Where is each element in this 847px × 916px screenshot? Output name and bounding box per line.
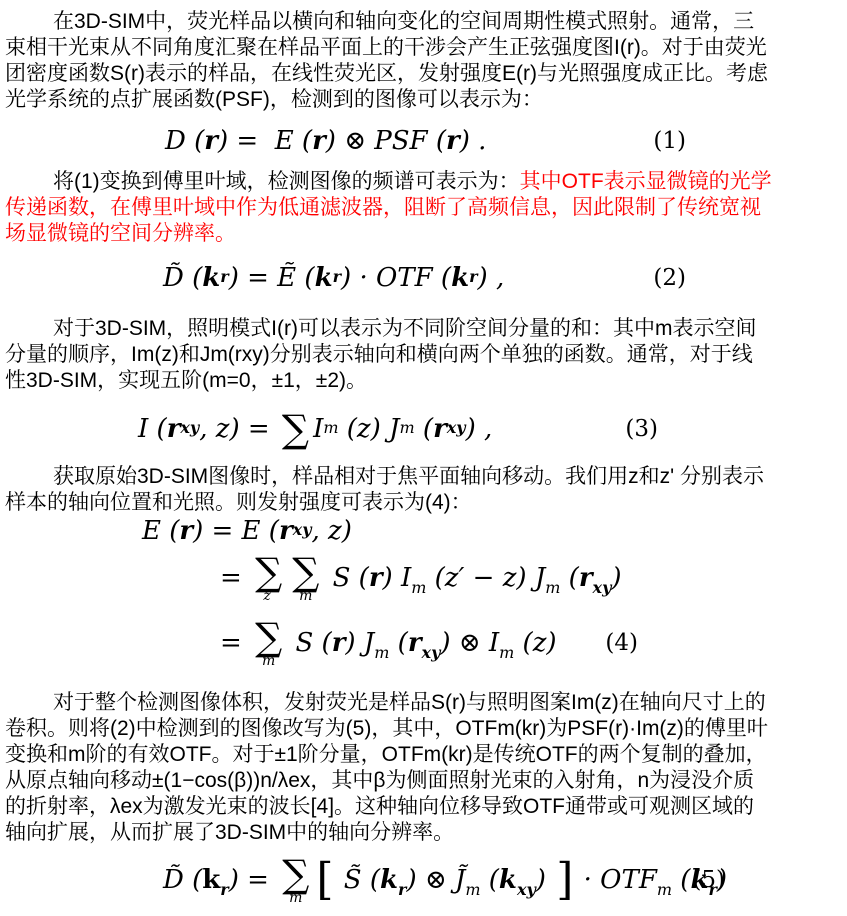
math-token: k [499,867,517,893]
paragraph-1: 在3D-SIM中，荧光样品以横向和轴向变化的空间周期性模式照射。通常，三 束相干… [5,9,843,113]
paragraph-2: 将(1)变换到傅里叶域，检测图像的频谱可表示为：其中OTF表示显微镜的光学 传递… [5,169,843,247]
equation-5: D̃ (kr) = ∑m[ S̃ (kr) ⊗ J̃m (kxy) ] · OT… [5,846,843,914]
sum-sigma: ∑ [292,554,319,590]
math-token: I [313,416,323,442]
math-subscript: xy [422,640,441,666]
math-token: D ( [165,128,204,154]
math-token: k [315,265,333,291]
paragraph-5: 对于整个检测图像体积，发射荧光是样品S(r)与照明图案Im(z)在轴向尺寸上的 … [5,690,843,846]
highlighted-text: 场显微镜的空间分辨率。 [5,221,843,247]
text-line: 分量的顺序，Im(z)和Jm(rxy)分别表示轴向和横向两个单独的函数。通常，对… [5,342,843,368]
sum-sigma: ∑ [255,619,282,655]
math-token: r [579,565,593,591]
equation-4-line-1-body: E (r) = E (rxy, z) [142,517,352,545]
equation-4-line-1: E (r) = E (rxy, z) [5,516,843,546]
math-token: ) I [383,565,412,591]
math-token: r [204,128,218,154]
equation-3: I (rxy, z) = ∑Im (z) Jm (rxy) , (3) [5,394,843,464]
equation-2: D̃ (kr) = Ẽ (kr) · OTF (kr) , (2) [5,247,843,309]
math-token: E ( [142,518,179,544]
text-line: 团密度函数S(r)表示的样品，在线性荧光区，发射强度E(r)与光照强度成正比。考… [5,61,843,87]
equation-number-5: (5) [692,867,725,893]
equation-4-line-2: = ∑z′∑m S (r) Im (z′ − z) Jm (rxy) [5,546,843,610]
math-token: k [451,265,469,291]
text-segment: 将(1)变换到傅里叶域，检测图像的频谱可表示为： [53,170,520,193]
math-token: r [369,565,383,591]
sum-sigma: ∑ [282,856,309,892]
math-token: , z) [312,518,352,544]
highlighted-text: 其中OTF表示显微镜的光学 [520,170,772,193]
sum-with-limit: ∑m [292,554,319,603]
math-token: ) . [460,128,487,154]
math-token: r [332,630,346,656]
text-line: 卷积。则将(2)中检测到的图像改写为(5)，其中，OTFm(kr)为PSF(r)… [5,716,843,742]
bracket-right: ] [556,867,573,893]
text-line: 光学系统的点扩展函数(PSF)，检测到的图像可以表示为： [5,87,843,113]
equation-3-body: I (rxy, z) = ∑Im (z) Jm (rxy) , [138,415,492,443]
math-token: S̃ ( [336,867,380,893]
bracket-left: [ [316,867,333,893]
sum-limit: m [262,655,275,668]
math-token: r [179,518,193,544]
math-token: ( [415,416,433,442]
math-token: r [408,630,422,656]
math-token: = [220,630,250,656]
text-line: 获取原始3D-SIM图像时，样品相对于焦平面轴向移动。我们用z和z' 分别表示 [5,464,843,490]
math-token: ( [389,630,407,656]
equation-2-body: D̃ (kr) = Ẽ (kr) · OTF (kr) , [163,264,504,292]
paragraph-4: 获取原始3D-SIM图像时，样品相对于焦平面轴向移动。我们用z和z' 分别表示 … [5,464,843,516]
math-subscript: r [220,264,228,290]
math-token: ( [560,565,578,591]
math-token: r [167,416,181,442]
equation-5-body: D̃ (kr) = ∑m[ S̃ (kr) ⊗ J̃m (kxy) ] · OT… [163,856,727,905]
math-token: r [312,128,326,154]
text-line: 的折射率，λex为激发光束的波长[4]。这种轴向位移导致OTF通带或可观测区域的 [5,794,843,820]
math-token: D̃ ( [163,867,202,893]
equation-number-2: (2) [653,265,686,291]
text-line: 从原点轴向移动±(1−cos(β))n/λex，其中β为侧面照射光束的入射角，n… [5,768,843,794]
math-token: = [220,565,250,591]
equation-4-line-3: = ∑m S (r) Jm (rxy) ⊗ Im (z) (4) [5,610,843,676]
math-token: ) ⊗ I [440,630,499,656]
sum-sigma: ∑ [255,554,282,590]
math-subscript: m [374,640,389,666]
math-token: I ( [138,416,167,442]
math-token: ) = E ( [218,128,312,154]
sum-with-limit: ∑m [255,619,282,668]
math-token: k [202,867,220,893]
math-subscript: xy [593,575,612,601]
text-line: 在3D-SIM中，荧光样品以横向和轴向变化的空间周期性模式照射。通常，三 [5,9,843,35]
math-subscript: m [323,415,338,441]
math-subscript: xy [180,415,199,441]
text-line: 样本的轴向位置和光照。则发射强度可表示为(4)： [5,490,843,516]
equation-4-line-2-body: = ∑z′∑m S (r) Im (z′ − z) Jm (rxy) [220,554,622,603]
math-token: D̃ ( [163,265,202,291]
math-token: S ( [287,630,331,656]
math-token: (z) [339,416,390,442]
math-token: ) , [478,265,505,291]
math-token: r [433,416,447,442]
math-token: r [446,128,460,154]
math-token: ) [611,565,621,591]
sum-limit: m [289,892,302,905]
math-token: ) , [466,416,493,442]
equation-number-3: (3) [625,416,658,442]
sum-limit: z′ [263,590,274,603]
text-line: 轴向扩展，从而扩展了3D-SIM中的轴向分辨率。 [5,820,843,846]
sum-with-limit: ∑m [282,856,309,905]
math-subscript: m [545,575,560,601]
math-subscript: m [411,575,426,601]
math-subscript: m [399,415,414,441]
math-token: ) ⊗ PSF ( [326,128,446,154]
document-page: 在3D-SIM中，荧光样品以横向和轴向变化的空间周期性模式照射。通常，三 束相干… [0,0,847,916]
math-token: J [389,416,399,442]
equation-4-line-3-body: = ∑m S (r) Jm (rxy) ⊗ Im (z) [220,619,557,668]
math-token: ) = [229,867,277,893]
equation-1: D (r) = E (r) ⊗ PSF (r) . (1) [5,113,843,169]
math-token: ) [536,867,554,893]
math-token: · OTF [575,867,657,893]
math-subscript: xy [293,517,312,543]
math-token: k [202,265,220,291]
equation-number-4: (4) [605,630,638,656]
math-token: ) = E ( [193,518,279,544]
math-token: k [380,867,398,893]
math-token: S ( [324,565,368,591]
math-token: (z′ − z) J [426,565,545,591]
equation-number-1: (1) [653,128,686,154]
math-token: ) = Ẽ ( [229,265,315,291]
math-token: r [279,518,293,544]
text-line: 将(1)变换到傅里叶域，检测图像的频谱可表示为：其中OTF表示显微镜的光学 [5,169,843,195]
math-subscript: r [220,877,228,903]
text-line: 变换和m阶的有效OTF。对于±1阶分量，OTFm(kr)是传统OTF的两个复制的… [5,742,843,768]
text-line: 束相干光束从不同角度汇聚在样品平面上的干涉会产生正弦强度图I(r)。对于由荧光 [5,35,843,61]
math-token: ) J [345,630,374,656]
text-line: 性3D-SIM，实现五阶(m=0，±1，±2)。 [5,368,843,394]
sum-with-limit: ∑z′ [255,554,282,603]
highlighted-text: 传递函数，在傅里叶域中作为低通滤波器，阻断了高频信息，因此限制了传统宽视 [5,195,843,221]
math-subscript: r [469,264,477,290]
math-token: (z) [514,630,556,656]
sum-sigma: ∑ [282,416,309,442]
text-line: 对于整个检测图像体积，发射荧光是样品S(r)与照明图案Im(z)在轴向尺寸上的 [5,690,843,716]
math-subscript: m [499,640,514,666]
math-subscript: m [465,877,480,903]
math-subscript: xy [517,877,536,903]
text-line: 对于3D-SIM，照明模式I(r)可以表示为不同阶空间分量的和：其中m表示空间 [5,316,843,342]
equation-1-body: D (r) = E (r) ⊗ PSF (r) . [165,128,486,154]
math-token: ) ⊗ J̃ [406,867,465,893]
math-subscript: m [657,877,672,903]
math-subscript: r [333,264,341,290]
math-token: , z) = [199,416,278,442]
math-subscript: xy [447,415,466,441]
math-token: ) · OTF ( [341,265,451,291]
math-token: ( [481,867,499,893]
sum-limit: m [299,590,312,603]
paragraph-3: 对于3D-SIM，照明模式I(r)可以表示为不同阶空间分量的和：其中m表示空间 … [5,316,843,394]
math-token: ( [672,867,690,893]
